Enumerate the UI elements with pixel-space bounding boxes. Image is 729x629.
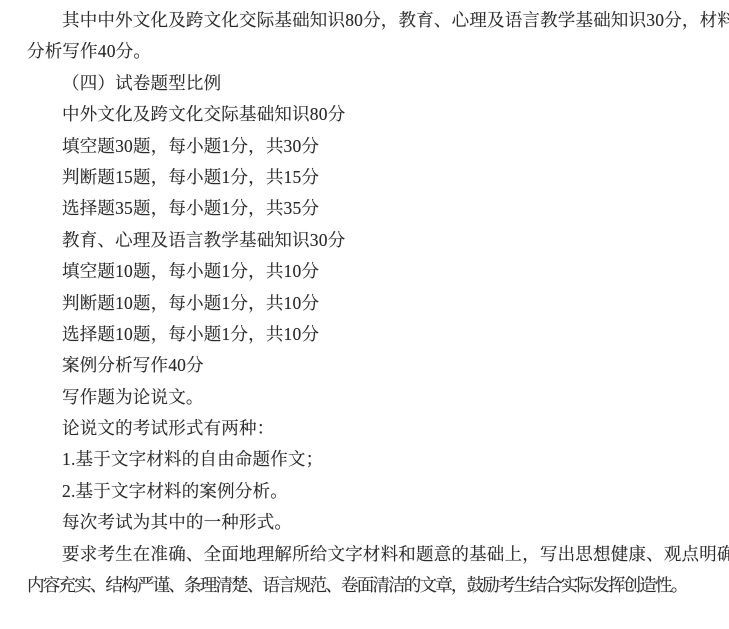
text-line: 其中中外文化及跨文化交际基础知识80分，教育、心理及语言教学基础知识30分，材料 <box>27 5 702 36</box>
text-line: 选择题10题，每小题1分，共10分 <box>27 319 702 350</box>
text-line: 2.基于文字材料的案例分析。 <box>27 476 702 507</box>
text-line: 案例分析写作40分 <box>27 350 702 381</box>
document-page: 其中中外文化及跨文化交际基础知识80分，教育、心理及语言教学基础知识30分，材料… <box>0 0 729 629</box>
text-line: （四）试卷题型比例 <box>27 68 702 99</box>
text-line: 内容充实、结构严谨、条理清楚、语言规范、卷面清洁的文章，鼓励考生结合实际发挥创造… <box>27 570 702 601</box>
text-line: 分析写作40分。 <box>27 36 702 67</box>
text-lines: 其中中外文化及跨文化交际基础知识80分，教育、心理及语言教学基础知识30分，材料… <box>27 5 702 601</box>
text-line: 填空题10题，每小题1分，共10分 <box>27 256 702 287</box>
text-line: 中外文化及跨文化交际基础知识80分 <box>27 99 702 130</box>
text-line: 教育、心理及语言教学基础知识30分 <box>27 225 702 256</box>
text-line: 判断题10题，每小题1分，共10分 <box>27 288 702 319</box>
text-line: 写作题为论说文。 <box>27 382 702 413</box>
text-line: 论说文的考试形式有两种： <box>27 413 702 444</box>
text-line: 选择题35题，每小题1分，共35分 <box>27 193 702 224</box>
text-line: 要求考生在准确、全面地理解所给文字材料和题意的基础上，写出思想健康、观点明确、 <box>27 539 702 570</box>
text-line: 每次考试为其中的一种形式。 <box>27 507 702 538</box>
text-line: 判断题15题，每小题1分，共15分 <box>27 162 702 193</box>
text-line: 1.基于文字材料的自由命题作文； <box>27 444 702 475</box>
text-line: 填空题30题，每小题1分，共30分 <box>27 131 702 162</box>
